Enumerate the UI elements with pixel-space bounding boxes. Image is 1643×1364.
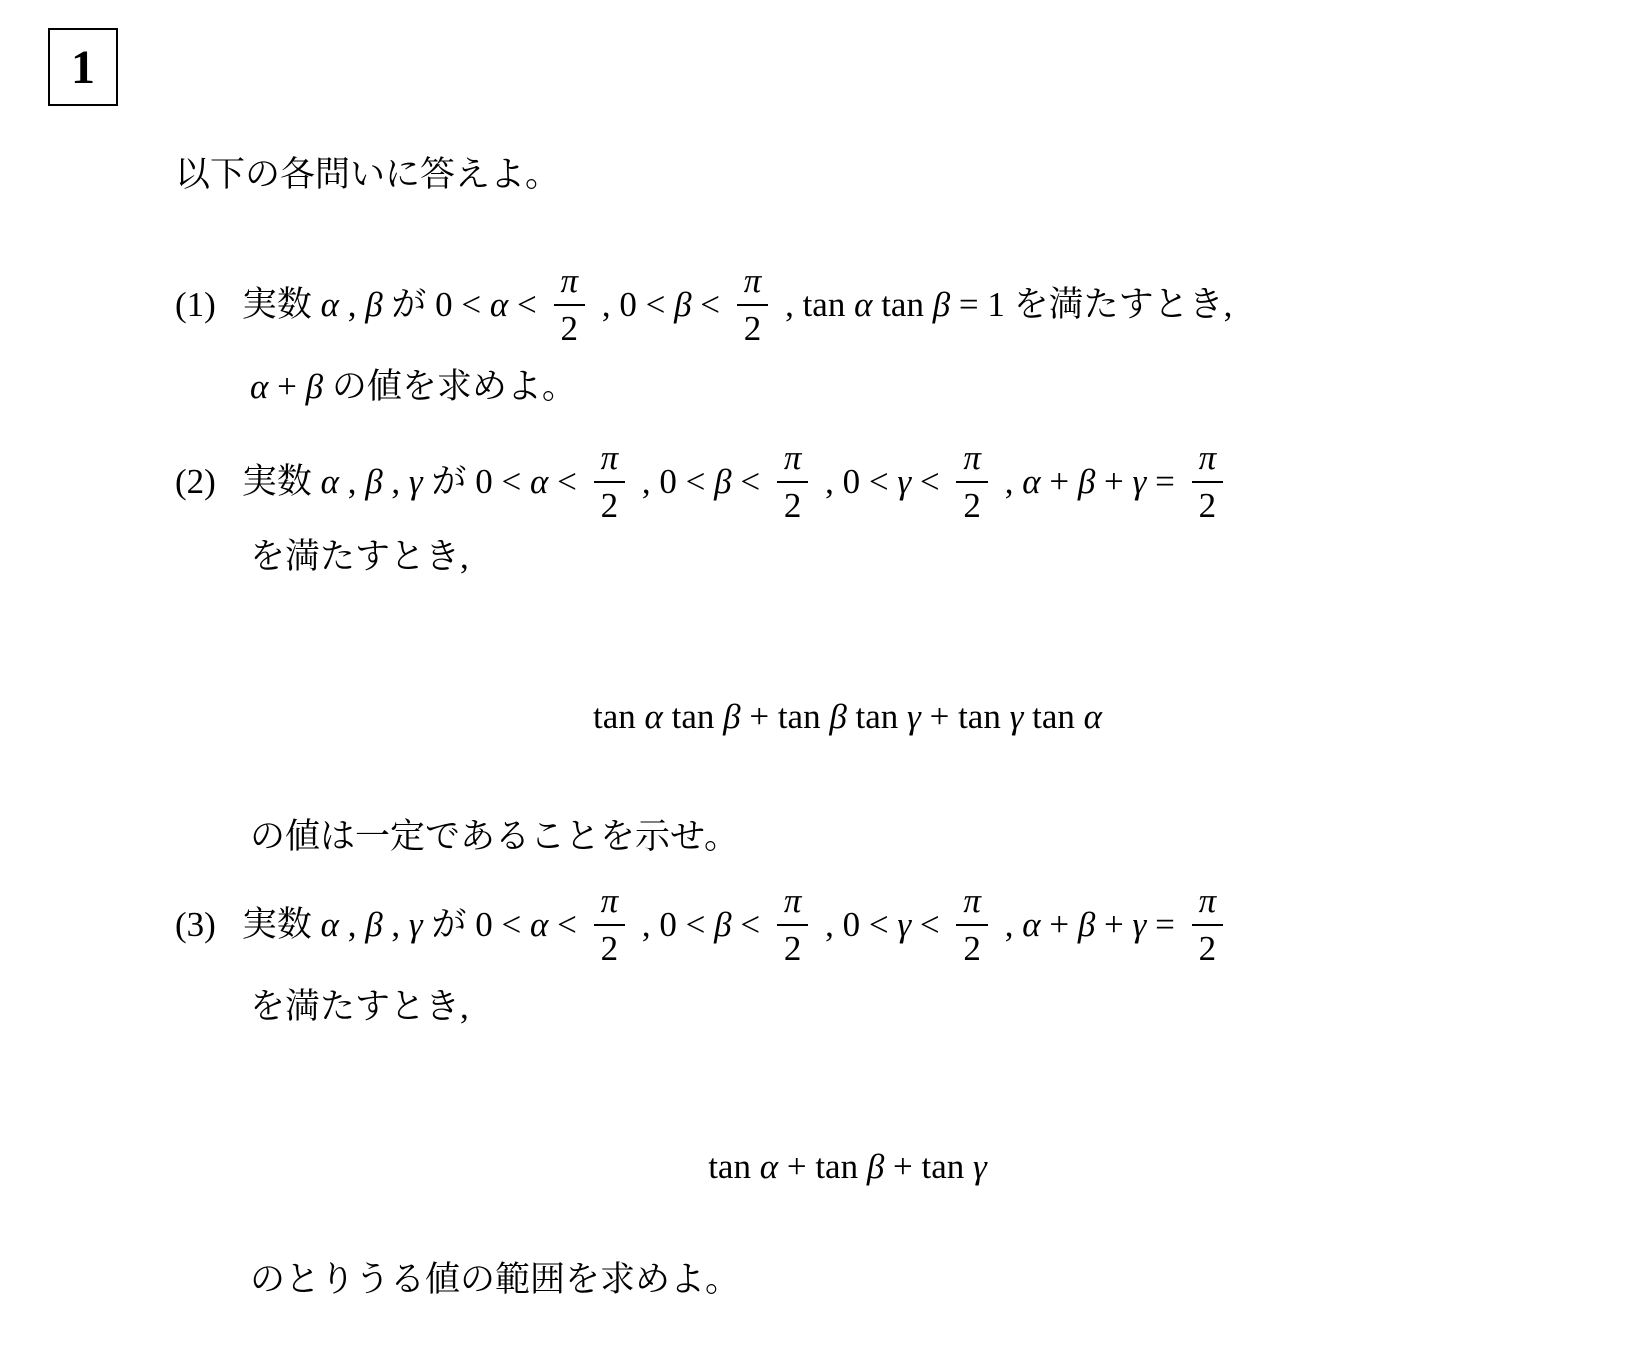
document-page: 1 以下の各問いに答えよ。 (1)実数 α , β が 0 < α < π2 ,… — [0, 0, 1643, 1364]
fraction-denominator: 2 — [777, 481, 809, 523]
fraction-numerator: π — [1192, 440, 1224, 481]
math-italic-run: α — [321, 285, 339, 324]
japanese-text-run: の値は一定であることを示せ。 — [250, 817, 739, 856]
math-roman-run: tan — [1023, 697, 1083, 736]
math-roman-run: , 0 < — [633, 462, 714, 501]
japanese-text-run: が — [383, 285, 436, 324]
math-roman-run: < — [732, 905, 769, 944]
japanese-text-run: 実数 — [242, 905, 321, 944]
item-2-line-1: (2)実数 α , β , γ が 0 < α < π2 , 0 < β < π… — [175, 443, 1231, 526]
math-italic-run: γ — [1133, 462, 1147, 501]
fraction-pi-over-2: π2 — [594, 883, 626, 966]
item-2-line-3: の値は一定であることを示せ。 — [250, 814, 739, 860]
japanese-text-run: の値を求めよ。 — [323, 367, 577, 406]
math-italic-run: γ — [897, 462, 911, 501]
math-italic-run: β — [674, 285, 691, 324]
math-italic-run: α — [321, 462, 339, 501]
japanese-text-run: が — [423, 462, 476, 501]
math-roman-run: < — [548, 905, 585, 944]
item-3-line-1: (3)実数 α , β , γ が 0 < α < π2 , 0 < β < π… — [175, 886, 1231, 969]
item-1-line-1: (1)実数 α , β が 0 < α < π2 , 0 < β < π2 , … — [175, 266, 1232, 349]
math-italic-run: α — [530, 905, 548, 944]
math-roman-run: = — [1146, 905, 1183, 944]
math-italic-run: β — [1078, 905, 1095, 944]
math-italic-run: α — [250, 367, 268, 406]
math-roman-run: + tan — [921, 697, 1010, 736]
math-roman-run: , 0 < — [633, 905, 714, 944]
japanese-text-run: を満たすとき, — [1014, 285, 1233, 324]
math-italic-run: β — [723, 697, 740, 736]
item-3-line-2: を満たすとき, — [250, 984, 469, 1030]
fraction-denominator: 2 — [737, 304, 769, 346]
fraction-numerator: π — [594, 883, 626, 924]
math-italic-run: α — [1022, 462, 1040, 501]
math-roman-run: + — [1041, 905, 1078, 944]
fraction-denominator: 2 — [1192, 481, 1224, 523]
math-roman-run: , 0 < — [593, 285, 674, 324]
math-roman-run: tan — [872, 285, 932, 324]
fraction-pi-over-2: π2 — [1192, 440, 1224, 523]
japanese-text-run: 実数 — [242, 285, 321, 324]
math-roman-run: 0 < — [475, 905, 530, 944]
math-italic-run: α — [1084, 697, 1102, 736]
japanese-text-run: が — [423, 905, 476, 944]
math-roman-run: tan — [593, 697, 645, 736]
math-roman-run: < — [692, 285, 729, 324]
japanese-text-run: を満たすとき, — [250, 537, 469, 576]
math-roman-run: , — [776, 285, 802, 324]
math-italic-run: β — [933, 285, 950, 324]
item-1-line-2: α + β の値を求めよ。 — [250, 364, 577, 410]
math-roman-run: 0 < — [435, 285, 490, 324]
math-italic-run: β — [365, 905, 382, 944]
math-roman-run: = — [1146, 462, 1183, 501]
math-roman-run: + — [1095, 462, 1132, 501]
fraction-pi-over-2: π2 — [777, 883, 809, 966]
fraction-numerator: π — [956, 440, 988, 481]
fraction-numerator: π — [554, 263, 586, 304]
problem-number: 1 — [71, 40, 95, 95]
math-roman-run: < — [732, 462, 769, 501]
item-1-label: (1) — [175, 282, 216, 328]
math-italic-run: γ — [907, 697, 921, 736]
fraction-pi-over-2: π2 — [956, 883, 988, 966]
fraction-numerator: π — [737, 263, 769, 304]
math-italic-run: α — [1022, 905, 1040, 944]
math-roman-run: , — [339, 285, 365, 324]
fraction-denominator: 2 — [777, 924, 809, 966]
math-roman-run: < — [548, 462, 585, 501]
math-italic-run: α — [490, 285, 508, 324]
math-italic-run: β — [714, 462, 731, 501]
math-roman-run: , — [996, 905, 1022, 944]
math-roman-run: + — [1095, 905, 1132, 944]
fraction-pi-over-2: π2 — [777, 440, 809, 523]
fraction-denominator: 2 — [956, 481, 988, 523]
math-italic-run: γ — [897, 905, 911, 944]
math-italic-run: β — [714, 905, 731, 944]
math-roman-run: 0 < — [475, 462, 530, 501]
math-roman-run: tan — [663, 697, 723, 736]
math-roman-run: tan — [847, 697, 907, 736]
fraction-numerator: π — [956, 883, 988, 924]
math-roman-run: , 0 < — [816, 905, 897, 944]
math-roman-run: tan — [708, 1147, 760, 1186]
item-2-display-equation: tan α tan β + tan β tan γ + tan γ tan α — [250, 694, 1445, 740]
fraction-denominator: 2 — [594, 924, 626, 966]
item-3-display-equation: tan α + tan β + tan γ — [250, 1144, 1445, 1190]
fraction-denominator: 2 — [594, 481, 626, 523]
math-italic-run: β — [829, 697, 846, 736]
math-italic-run: α — [530, 462, 548, 501]
math-roman-run: < — [911, 462, 948, 501]
math-italic-run: β — [867, 1147, 884, 1186]
item-3-label: (3) — [175, 902, 216, 948]
math-roman-run: , — [339, 905, 365, 944]
math-roman-run: , 0 < — [816, 462, 897, 501]
fraction-numerator: π — [594, 440, 626, 481]
math-italic-run: γ — [409, 905, 423, 944]
math-italic-run: α — [645, 697, 663, 736]
fraction-denominator: 2 — [554, 304, 586, 346]
math-italic-run: β — [306, 367, 323, 406]
item-2-statement: 実数 α , β , γ が 0 < α < π2 , 0 < β < π2 ,… — [242, 462, 1231, 501]
math-italic-run: γ — [409, 462, 423, 501]
math-roman-run: = 1 — [950, 285, 1014, 324]
math-italic-run: α — [760, 1147, 778, 1186]
fraction-pi-over-2: π2 — [554, 263, 586, 346]
math-italic-run: β — [1078, 462, 1095, 501]
item-3-line-3: のとりうる値の範囲を求めよ。 — [250, 1257, 740, 1303]
math-roman-run: + — [1041, 462, 1078, 501]
math-roman-run: + — [268, 367, 305, 406]
fraction-numerator: π — [777, 440, 809, 481]
fraction-denominator: 2 — [1192, 924, 1224, 966]
item-2-line-2: を満たすとき, — [250, 534, 469, 580]
math-italic-run: α — [854, 285, 872, 324]
math-roman-run: , — [383, 462, 409, 501]
math-roman-run: + tan — [778, 1147, 867, 1186]
math-roman-run: + tan — [741, 697, 830, 736]
item-2-label: (2) — [175, 459, 216, 505]
math-roman-run: , — [996, 462, 1022, 501]
fraction-pi-over-2: π2 — [594, 440, 626, 523]
japanese-text-run: を満たすとき, — [250, 987, 469, 1026]
problem-number-box: 1 — [48, 28, 118, 106]
math-roman-run: tan — [803, 285, 855, 324]
fraction-numerator: π — [1192, 883, 1224, 924]
math-italic-run: γ — [1010, 697, 1024, 736]
item-1-statement: 実数 α , β が 0 < α < π2 , 0 < β < π2 , tan… — [242, 285, 1233, 324]
math-italic-run: β — [365, 285, 382, 324]
fraction-numerator: π — [777, 883, 809, 924]
math-roman-run: , — [339, 462, 365, 501]
math-italic-run: γ — [973, 1147, 987, 1186]
math-italic-run: α — [321, 905, 339, 944]
fraction-denominator: 2 — [956, 924, 988, 966]
math-roman-run: < — [911, 905, 948, 944]
japanese-text-run: のとりうる値の範囲を求めよ。 — [250, 1260, 740, 1299]
math-roman-run: , — [383, 905, 409, 944]
math-italic-run: β — [365, 462, 382, 501]
item-3-statement: 実数 α , β , γ が 0 < α < π2 , 0 < β < π2 ,… — [242, 905, 1231, 944]
fraction-pi-over-2: π2 — [956, 440, 988, 523]
intro-text: 以下の各問いに答えよ。 — [175, 152, 560, 198]
fraction-pi-over-2: π2 — [737, 263, 769, 346]
japanese-text-run: 実数 — [242, 462, 321, 501]
fraction-pi-over-2: π2 — [1192, 883, 1224, 966]
math-italic-run: γ — [1133, 905, 1147, 944]
math-roman-run: < — [508, 285, 545, 324]
math-roman-run: + tan — [884, 1147, 973, 1186]
